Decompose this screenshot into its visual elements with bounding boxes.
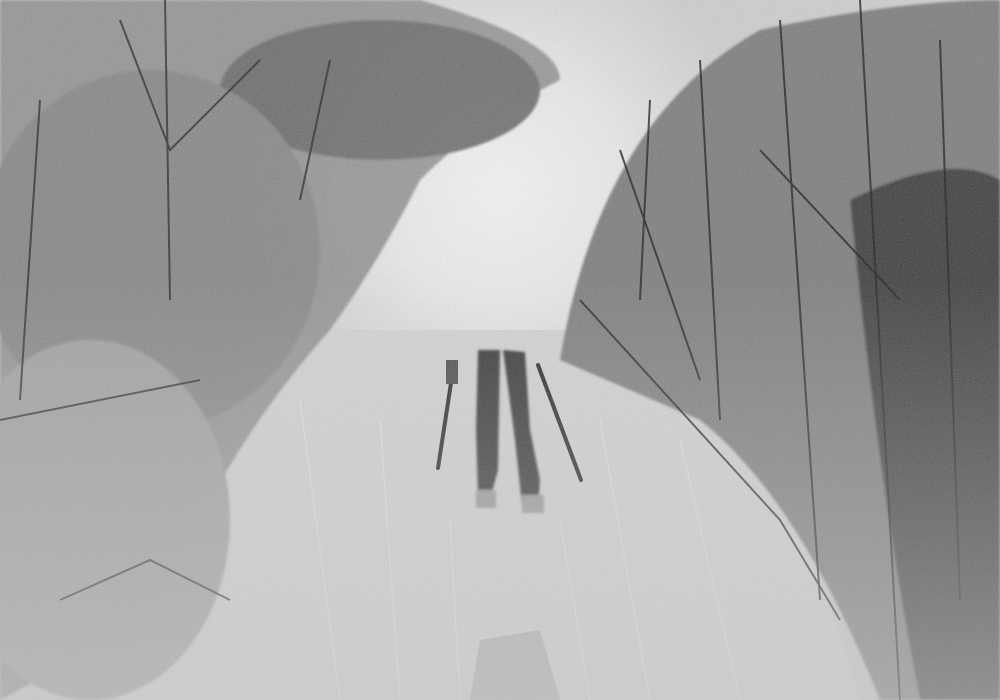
ground-fade: [0, 0, 1000, 700]
photo: A skier's legs and two ski poles on a sn…: [0, 0, 1000, 700]
